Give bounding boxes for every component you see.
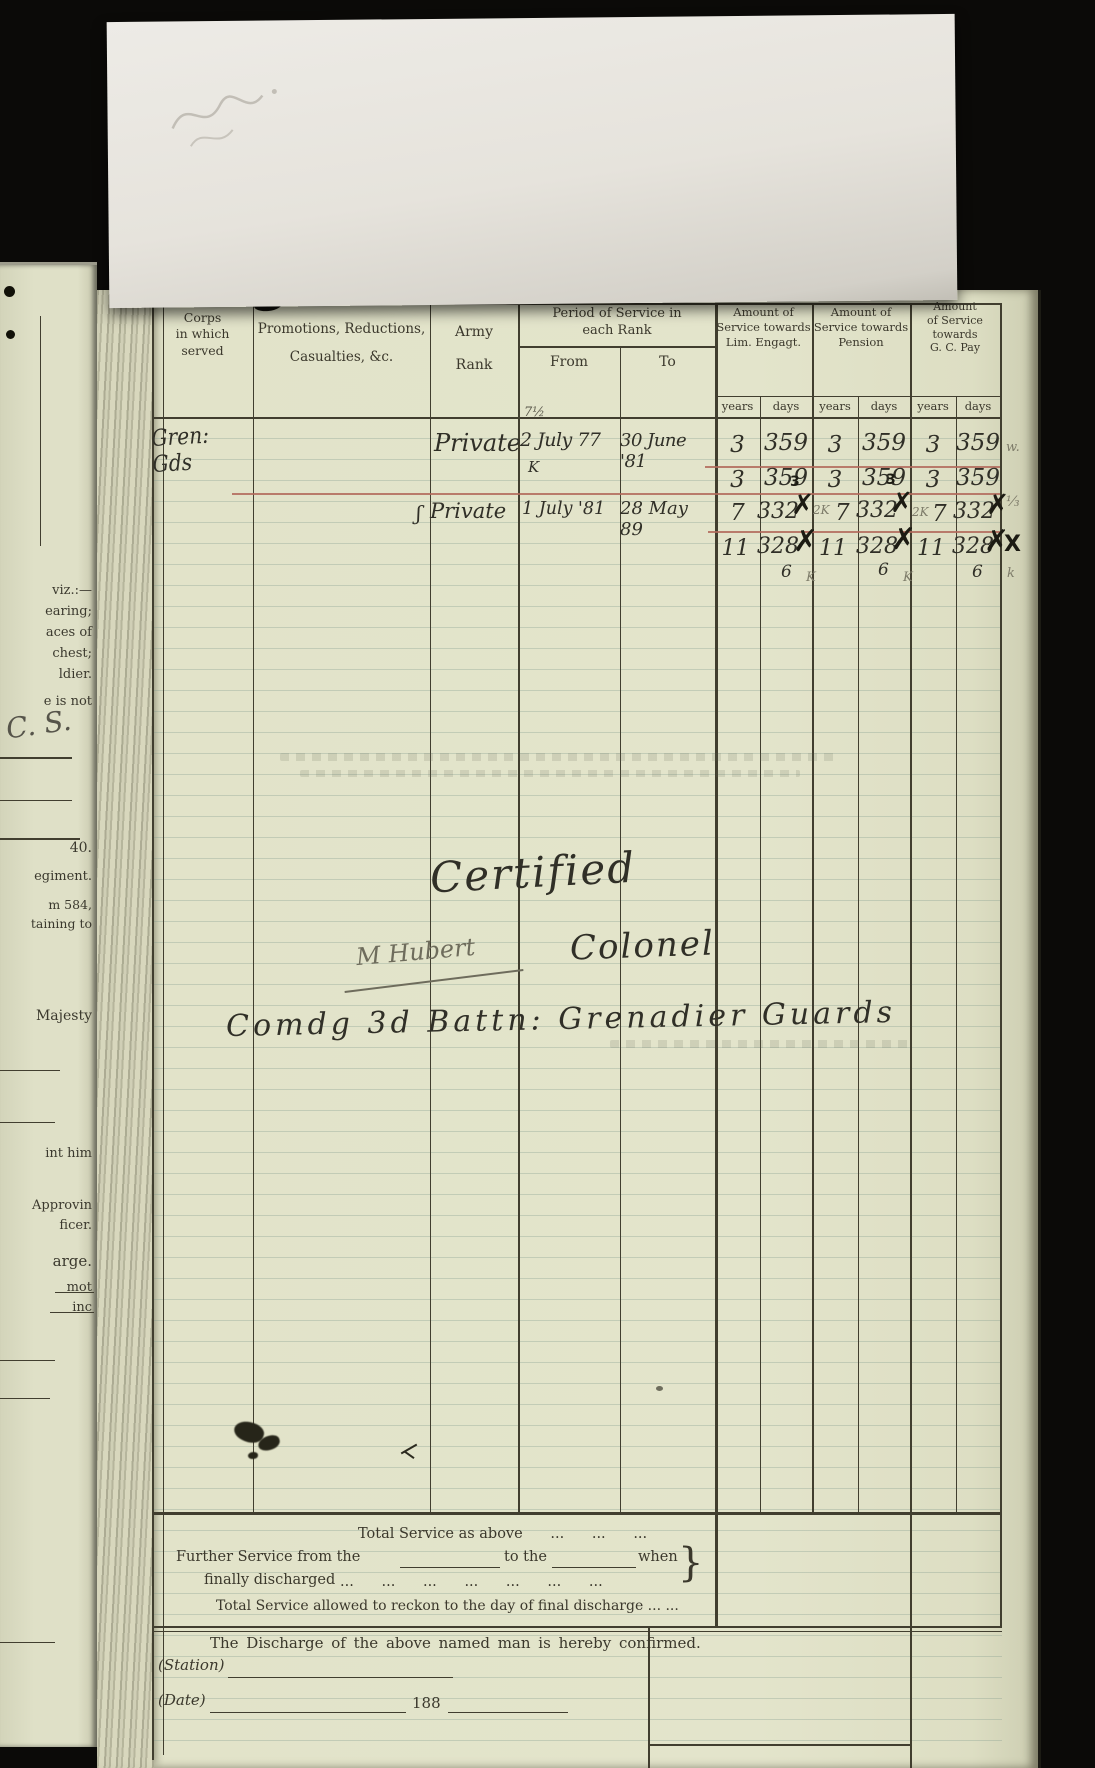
subheader-years: years	[715, 399, 760, 413]
from-date: 1 July '81	[522, 499, 618, 519]
hole-punch	[4, 286, 15, 297]
left-fragment: egiment.	[0, 869, 92, 884]
left-fragment: chest;	[0, 646, 92, 661]
further-service-label: Further Service from the	[176, 1549, 360, 1565]
left-fragment: arge.	[0, 1252, 92, 1270]
pencil-mark: K	[806, 570, 816, 585]
ink-bleed-marks	[162, 65, 333, 162]
left-line	[0, 1070, 60, 1071]
table-line	[253, 303, 254, 1512]
table-line	[152, 1631, 1002, 1632]
left-line	[0, 1642, 55, 1643]
left-fragment: 40.	[0, 840, 92, 856]
gc-pay-note: 2K	[912, 505, 929, 519]
left-line	[0, 1398, 50, 1399]
left-page	[0, 262, 97, 1747]
below-digit: 6	[781, 562, 792, 582]
gc-pay-years: 11	[908, 536, 954, 561]
left-fragment: taining to	[0, 916, 92, 931]
total-service-line: Total Service as above ... ... ...	[358, 1526, 647, 1542]
table-line	[760, 396, 761, 1512]
left-fragment: ficer.	[0, 1218, 92, 1233]
rank-entry: Private	[434, 429, 521, 457]
hole-punch	[6, 330, 15, 339]
table-line	[715, 396, 1002, 397]
subheader-days: days	[956, 399, 1000, 413]
left-line	[0, 757, 72, 759]
page-binding-edge	[97, 290, 154, 1768]
left-line	[55, 1292, 94, 1293]
below-digit: 6	[972, 562, 983, 582]
scanned-service-record: viz.:— earing; aces of chest; ldier. e i…	[0, 0, 1095, 1768]
corps-entry: Gren: Gds	[151, 421, 241, 478]
rank-entry: Private	[430, 499, 506, 523]
lim-engagt-years: 7	[715, 500, 760, 526]
left-line	[0, 1122, 55, 1123]
showthrough	[610, 1040, 910, 1048]
col-header-gc-pay: Amount of Service towards G. C. Pay	[909, 300, 1001, 355]
table-line	[152, 303, 154, 1760]
col-header-lim-engagt: Amount of Service towards Lim. Engagt.	[714, 305, 813, 351]
fill-in-line	[400, 1567, 500, 1568]
dots-row: ... ... ... ... ... ... ...	[340, 1574, 603, 1590]
subheader-days: days	[760, 399, 812, 413]
from-mark: K	[528, 458, 539, 476]
left-line	[0, 800, 72, 801]
table-line	[518, 303, 520, 1512]
pension-days: 359	[858, 430, 910, 456]
fill-in-line	[552, 1567, 636, 1568]
date-label: (Date)	[158, 1691, 206, 1709]
subheader-years: years	[812, 399, 858, 413]
lim-engagt-years: 3	[715, 467, 760, 493]
subheader-days: days	[858, 399, 910, 413]
to-date: 30 June '81	[620, 430, 714, 472]
to-the-label: to the	[504, 1549, 547, 1565]
col-header-pension: Amount of Service towards Pension	[811, 305, 911, 351]
strike-mark: ✗	[890, 486, 913, 519]
gc-pay-years: 3	[910, 432, 956, 458]
discharge-confirmed-line: The Discharge of the above named man is …	[210, 1634, 701, 1652]
station-label: (Station)	[158, 1656, 224, 1674]
correction-digit: 3	[790, 474, 800, 490]
table-line	[430, 303, 431, 1512]
table-line	[152, 1626, 1002, 1628]
showthrough	[300, 770, 800, 777]
pension-years: 3	[812, 467, 858, 493]
left-line	[40, 316, 41, 546]
table-line	[152, 1512, 1002, 1515]
col-header-army-rank: Army Rank	[430, 316, 518, 382]
lim-engagt-years: 3	[715, 432, 760, 458]
brace: }	[678, 1543, 703, 1583]
table-line	[163, 306, 164, 1755]
pencil-mark: K	[903, 570, 913, 585]
left-line	[0, 1360, 55, 1361]
left-fragment: ldier.	[0, 667, 92, 682]
col-header-corps: Corps in which served	[152, 310, 253, 359]
lim-engagt-years: 11	[713, 536, 758, 561]
table-line	[152, 417, 1002, 419]
pension-years: 3	[812, 432, 858, 458]
showthrough	[280, 753, 840, 761]
red-rule	[232, 493, 1000, 495]
table-line	[518, 346, 717, 348]
left-line	[50, 1312, 94, 1313]
pension-years: 7	[835, 500, 850, 526]
red-rule	[708, 531, 1000, 533]
from-date: 2 July 77	[520, 429, 618, 451]
overlapping-blank-page	[107, 14, 958, 308]
pension-note: 2K	[813, 503, 830, 517]
left-fragment: earing;	[0, 604, 92, 619]
lim-engagt-days: 359	[760, 430, 812, 456]
pension-years: 11	[810, 536, 856, 561]
subheader-years: years	[910, 399, 956, 413]
fill-in-line	[228, 1677, 453, 1678]
ink-dot	[656, 1386, 663, 1391]
left-fragment: Approvin	[0, 1198, 92, 1213]
left-fragment: m 584,	[0, 897, 92, 912]
col-header-from: From	[518, 354, 620, 370]
from-note: 7½	[524, 405, 545, 420]
gc-pay-years: 3	[910, 467, 956, 493]
gc-pay-days: 359	[954, 430, 1002, 456]
left-fragment: Majesty	[0, 1008, 92, 1024]
signer-rank: Colonel	[569, 923, 715, 968]
to-date: 28 May 89	[620, 498, 714, 540]
year-prefix: 188	[412, 1694, 441, 1712]
left-fragment: aces of	[0, 625, 92, 640]
correction-digit: 3	[886, 472, 896, 488]
col-header-to: To	[620, 354, 715, 370]
table-line	[648, 1744, 911, 1746]
ink-blot	[248, 1452, 258, 1459]
left-fragment: int him	[0, 1146, 92, 1161]
finally-discharged-label: finally discharged	[204, 1572, 335, 1588]
fill-in-line	[448, 1712, 568, 1713]
rank-flourish: ʃ	[416, 501, 421, 525]
table-line	[858, 396, 859, 1512]
strike-mark: ✗	[791, 488, 814, 521]
gc-pay-years: 7	[932, 501, 947, 527]
margin-mark: w.	[1006, 440, 1020, 455]
left-line	[0, 838, 80, 840]
below-digit: 6	[878, 560, 889, 580]
table-line	[956, 396, 957, 1512]
col-header-period: Period of Service in each Rank	[518, 306, 716, 340]
margin-mark: ⅓	[1006, 494, 1020, 510]
col-header-promotions: Promotions, Reductions, Casualties, &c.	[253, 315, 430, 372]
margin-mark: k	[1007, 566, 1015, 581]
total-allowed-line: Total Service allowed to reckon to the d…	[216, 1598, 679, 1614]
margin-strike: X	[1004, 532, 1021, 557]
when-label: when	[638, 1549, 678, 1565]
left-fragment: viz.:—	[0, 583, 92, 598]
fill-in-line	[210, 1712, 406, 1713]
